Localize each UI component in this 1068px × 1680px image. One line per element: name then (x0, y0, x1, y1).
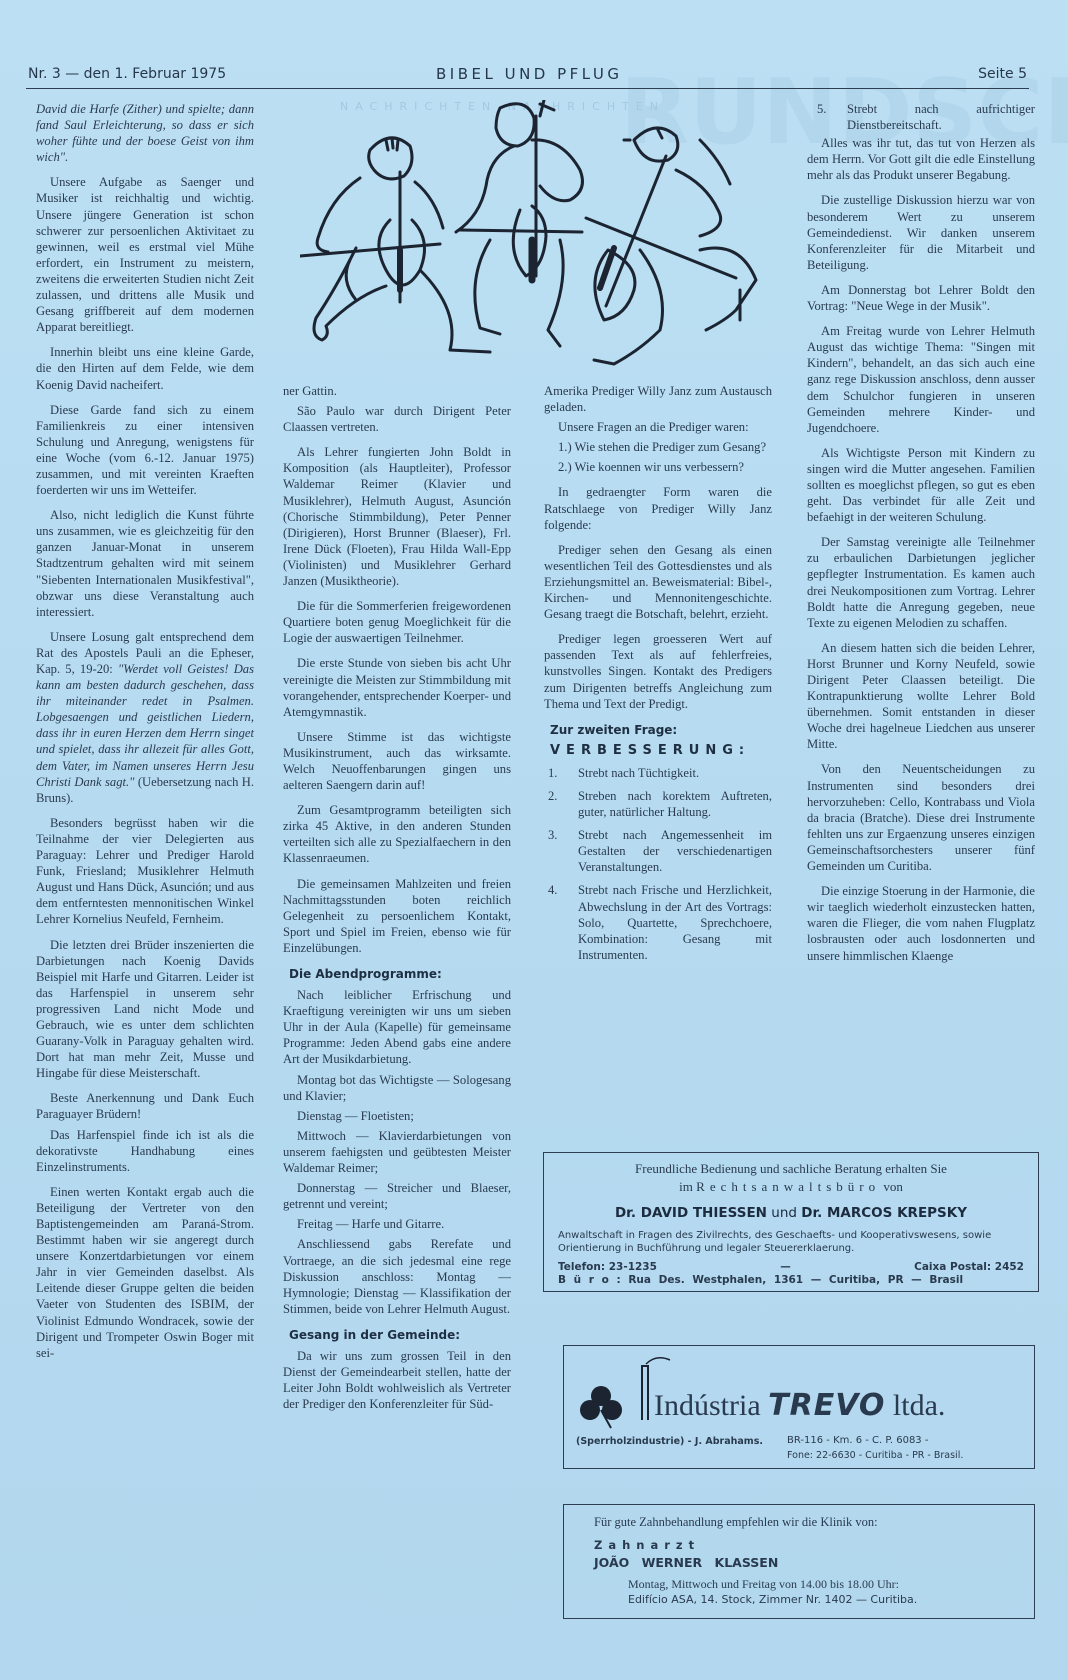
column-2: ner Gattin. São Paulo war durch Dirigent… (283, 383, 511, 1421)
paragraph: Am Freitag wurde von Lehrer Helmuth Augu… (807, 323, 1035, 436)
brand-name: TREVO (768, 1388, 885, 1423)
paragraph: Nach leiblicher Erfrischung und Kraeftig… (283, 987, 511, 1067)
list-number: 2. (548, 788, 578, 820)
lawyer-names: Dr. DAVID THIESSEN und Dr. MARCOS KREPSK… (544, 1205, 1038, 1221)
column-1: David die Harfe (Zither) und spielte; da… (36, 101, 254, 1370)
paragraph: Anschliessend gabs Rerefate und Vortraeg… (283, 1236, 511, 1316)
column-3: Amerika Prediger Willy Janz zum Austausc… (544, 383, 772, 970)
section-heading: Zur zweiten Frage: (550, 722, 772, 738)
po-box: Caixa Postal: 2452 (914, 1261, 1024, 1273)
trevo-subtitle: (Sperrholzindustrie) - J. Abrahams. (576, 1436, 763, 1447)
office-address: B ü r o : Rua Des. Westphalen, 1361 — Cu… (558, 1274, 1024, 1286)
list-number: 1. (548, 765, 578, 781)
three-cellists-illustration (300, 100, 760, 370)
paragraph: Montag bot das Wichtigste — Sologesang u… (283, 1072, 511, 1104)
list-number: 4. (548, 882, 578, 962)
paragraph: Dienstag — Floetisten; (283, 1108, 511, 1124)
page-header: Nr. 3 — den 1. Februar 1975 BIBEL UND PF… (26, 62, 1029, 89)
dentist-intro: Für gute Zahnbehandlung empfehlen wir di… (594, 1515, 1034, 1530)
dentist-address: Edifício ASA, 14. Stock, Zimmer Nr. 1402… (628, 1593, 1034, 1606)
dentist-title: Zahnarzt (594, 1538, 1034, 1552)
list-item: 1.Strebt nach Tüchtigkeit. (548, 765, 772, 781)
paragraph: Prediger sehen den Gesang als einen wese… (544, 542, 772, 622)
ad-intro-2: im Rechtsanwaltsbüro von (544, 1179, 1038, 1195)
paragraph: Am Donnerstag bot Lehrer Boldt den Vortr… (807, 282, 1035, 314)
paragraph: Besonders begrüsst haben wir die Teilnah… (36, 815, 254, 928)
paragraph: Da wir uns zum grossen Teil in den Diens… (283, 1348, 511, 1412)
brand-suffix: ltda. (885, 1389, 945, 1422)
paragraph: Unsere Stimme ist das wichtigste Musikin… (283, 729, 511, 793)
paragraph: Alles was ihr tut, das tut von Herzen al… (807, 135, 1035, 183)
section-heading: Gesang in der Gemeinde: (289, 1327, 511, 1343)
paragraph-epheser: Unsere Losung galt entsprechend dem Rat … (36, 629, 254, 806)
paragraph: Als Wichtigste Person mit Kindern zu sin… (807, 445, 1035, 525)
paragraph: Der Samstag vereinigte alle Teilnehmer z… (807, 534, 1035, 631)
list-item: 5.Strebt nach aufrichtiger Dienstbereits… (817, 101, 1035, 133)
list-item: 4.Strebt nach Frische und Herzlichkeit, … (548, 882, 772, 962)
paragraph: Das Harfenspiel finde ich ist als die de… (36, 1127, 254, 1175)
list-text: Strebt nach Angemessenheit im Gestalten … (578, 827, 772, 875)
dentist-ad: Für gute Zahnbehandlung empfehlen wir di… (563, 1504, 1035, 1619)
list-text: Strebt nach Frische und Herzlichkeit, Ab… (578, 882, 772, 962)
office-word: Rechtsanwaltsbüro (696, 1179, 880, 1194)
question-2: 2.) Wie koennen wir uns verbessern? (544, 459, 772, 475)
list-number: 5. (817, 101, 847, 133)
paragraph: São Paulo war durch Dirigent Peter Claas… (283, 403, 511, 435)
newspaper-page: NACHRICHTEN NACHRICHTEN RUNDSCHAU Nr. 3 … (0, 0, 1068, 1680)
trevo-phone: Fone: 22-6630 - Curitiba - PR - Brasil. (787, 1450, 963, 1461)
ad-description: Anwaltschaft in Fragen des Zivilrechts, … (558, 1229, 1024, 1255)
lawyer-1: Dr. DAVID THIESSEN (615, 1205, 767, 1221)
list-text: Streben nach korektem Auftreten, guter, … (578, 788, 772, 820)
trevo-brand: Indústria TREVO ltda. (654, 1388, 945, 1423)
paragraph: Innerhin bleibt uns eine kleine Garde, d… (36, 344, 254, 392)
list-number: 3. (548, 827, 578, 875)
paragraph: Die gemeinsamen Mahlzeiten und freien Na… (283, 876, 511, 956)
paragraph: Also, nicht lediglich die Kunst führte u… (36, 507, 254, 620)
paragraph: Von den Neuentscheidungen zu Instrumente… (807, 761, 1035, 874)
paragraph: Diese Garde fand sich zu einem Familienk… (36, 402, 254, 499)
text: und (767, 1205, 801, 1221)
paragraph: Freitag — Harfe und Gitarre. (283, 1216, 511, 1232)
list-item: 3.Strebt nach Angemessenheit im Gestalte… (548, 827, 772, 875)
paragraph: Donnerstag — Streicher und Blaeser, getr… (283, 1180, 511, 1212)
column-4: 5.Strebt nach aufrichtiger Dienstbereits… (807, 101, 1035, 973)
paragraph: Die letzten drei Brüder inszenierten die… (36, 937, 254, 1082)
issue-date: Nr. 3 — den 1. Februar 1975 (28, 66, 226, 82)
question-1: 1.) Wie stehen die Prediger zum Gesang? (544, 439, 772, 455)
list-text: Strebt nach aufrichtiger Dienstbereitsch… (847, 101, 1035, 133)
list-text: Strebt nach Tüchtigkeit. (578, 765, 772, 781)
clover-logo-icon (578, 1384, 624, 1430)
paragraph: In gedraengter Form waren die Ratschlaeg… (544, 484, 772, 532)
cellists-drawing-icon (300, 100, 760, 370)
page-number: Seite 5 (978, 66, 1027, 82)
newspaper-title: BIBEL UND PFLUG (436, 65, 623, 83)
paragraph: Zum Gesamtprogramm beteiligten sich zirk… (283, 802, 511, 866)
paragraph: Unsere Aufgabe as Saenger und Musiker is… (36, 174, 254, 335)
law-office-ad: Freundliche Bedienung und sachliche Bera… (543, 1152, 1039, 1292)
section-subheading: VERBESSERUNG: (550, 743, 772, 759)
dentist-hours: Montag, Mittwoch und Freitag von 14.00 b… (628, 1577, 1034, 1592)
paragraph: Die zustellige Diskussion hierzu war von… (807, 192, 1035, 272)
list-item: 2.Streben nach korektem Auftreten, guter… (548, 788, 772, 820)
phone: Telefon: 23-1235 (558, 1261, 657, 1273)
paragraph: Als Lehrer fungierten John Boldt in Komp… (283, 444, 511, 589)
ad-intro: Freundliche Bedienung und sachliche Bera… (544, 1161, 1038, 1177)
paragraph: Mittwoch — Klavierdarbietungen von unser… (283, 1128, 511, 1176)
paragraph: ner Gattin. (283, 383, 511, 399)
trevo-ad: Indústria TREVO ltda. (Sperrholzindustri… (563, 1345, 1035, 1469)
contact-line: Telefon: 23-1235—Caixa Postal: 2452 (558, 1261, 1024, 1273)
dentist-name: JOÃO WERNER KLASSEN (594, 1555, 1034, 1570)
paragraph: Die erste Stunde von sieben bis acht Uhr… (283, 655, 511, 719)
section-heading: Die Abendprogramme: (289, 966, 511, 982)
paragraph: Beste Anerkennung und Dank Euch Paraguay… (36, 1090, 254, 1122)
paragraph: Einen werten Kontakt ergab auch die Bete… (36, 1184, 254, 1361)
scripture-quote: "Werdet voll Geistes! Das kann am besten… (36, 662, 254, 789)
paragraph: Unsere Fragen an die Prediger waren: (544, 419, 772, 435)
paragraph: An diesem hatten sich die beiden Lehrer,… (807, 640, 1035, 753)
brand-prefix: Indústria (654, 1389, 768, 1422)
paragraph: Die für die Sommerferien freigewordenen … (283, 598, 511, 646)
bible-quote: David die Harfe (Zither) und spielte; da… (36, 101, 254, 165)
lawyer-2: Dr. MARCOS KREPSKY (801, 1205, 967, 1221)
text: von (880, 1179, 903, 1194)
paragraph: Die einzige Stoerung in der Harmonie, di… (807, 883, 1035, 963)
separator: — (780, 1261, 791, 1273)
trevo-address: BR-116 - Km. 6 - C. P. 6083 - (787, 1435, 928, 1446)
text: im (679, 1179, 696, 1194)
paragraph: Amerika Prediger Willy Janz zum Austausc… (544, 383, 772, 415)
paragraph: Prediger legen groesseren Wert auf passe… (544, 631, 772, 711)
